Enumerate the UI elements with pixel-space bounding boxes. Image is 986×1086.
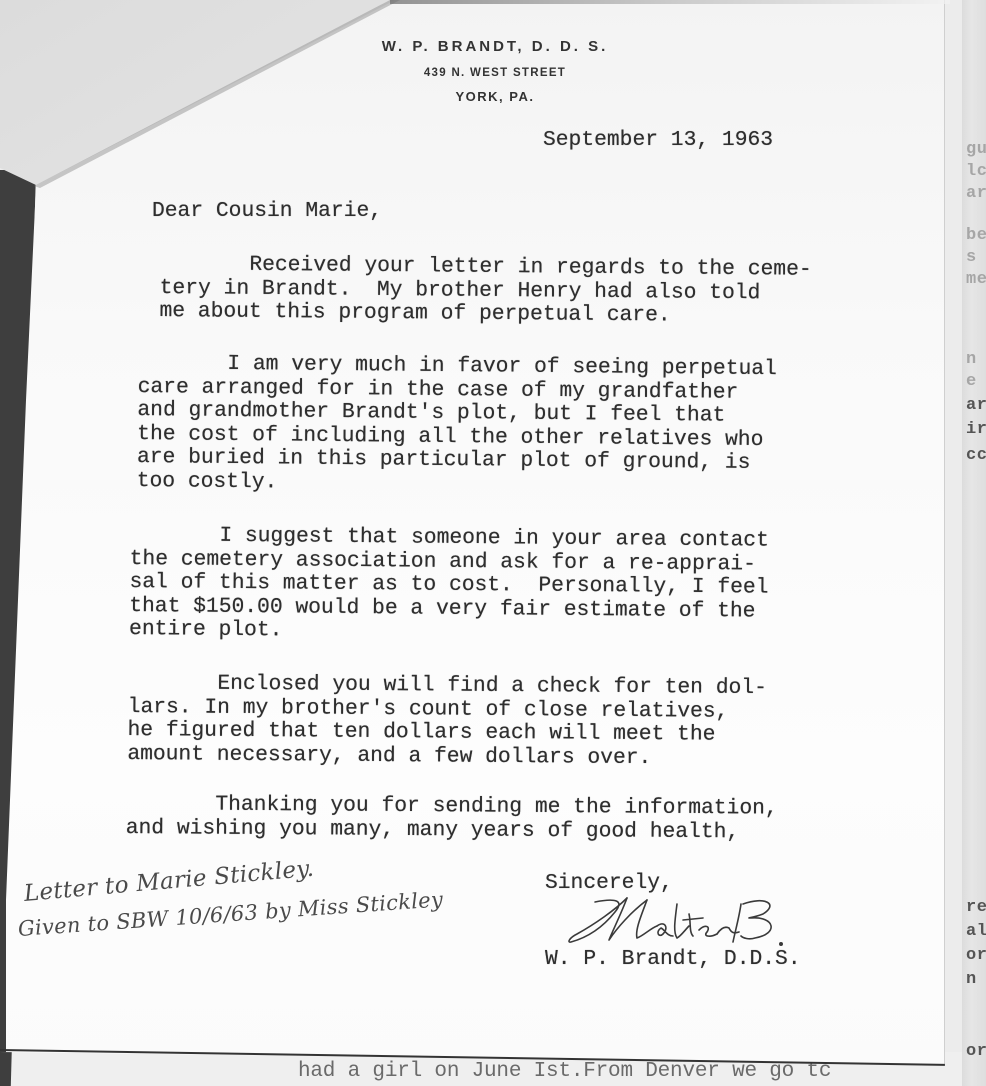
- underlying-page-right-strip: gu lc ar be s me n e ar ir cc re ald or …: [962, 0, 986, 1086]
- salutation: Dear Cousin Marie,: [152, 199, 382, 223]
- paragraph: Received your letter in regards to the c…: [159, 253, 811, 329]
- letter-date: September 13, 1963: [543, 128, 773, 152]
- paragraph: Enclosed you will find a check for ten d…: [127, 672, 767, 771]
- underlying-text-fragment: or: [966, 946, 986, 965]
- handwritten-signature: Walter B.: [565, 890, 825, 950]
- underlying-text-fragment: n c: [966, 970, 986, 989]
- underlying-text-fragment: me: [966, 270, 986, 289]
- underlying-text-fragment: or: [966, 1042, 986, 1061]
- letterhead: W. P. BRANDT, D. D. S. 439 N. WEST STREE…: [300, 36, 690, 108]
- letterhead-street: 439 N. WEST STREET: [300, 62, 690, 84]
- handwritten-note: Letter to Marie Stickley. Given to SBW 1…: [18, 875, 518, 965]
- paragraph: I suggest that someone in your area cont…: [129, 524, 769, 647]
- letter-right-edge: [944, 0, 945, 1066]
- underlying-page-bottom-text: had a girl on June Ist.From Denver we go…: [298, 1060, 831, 1083]
- underlying-text-fragment: s: [966, 248, 977, 267]
- paragraph: Thanking you for sending me the informat…: [126, 793, 778, 845]
- underlying-text-fragment: n: [966, 350, 977, 369]
- underlying-text-fragment: ald: [966, 922, 986, 941]
- underlying-text-fragment: gu: [966, 140, 986, 159]
- underlying-text-fragment: lc: [966, 162, 986, 181]
- underlying-text-fragment: ar: [966, 184, 986, 203]
- underlying-text-fragment: be: [966, 226, 986, 245]
- underlying-text-fragment: re: [966, 898, 986, 917]
- underlying-text-fragment: ir: [966, 420, 986, 439]
- underlying-text-fragment: ar: [966, 396, 986, 415]
- typed-signature: W. P. Brandt, D.D.S.: [545, 947, 801, 971]
- underlying-text-fragment: cc: [966, 446, 986, 465]
- letterhead-city: YORK, PA.: [300, 86, 690, 108]
- top-edge-shadow: [390, 0, 950, 4]
- paragraph: I am very much in favor of seeing perpet…: [137, 352, 777, 499]
- underlying-text-fragment: e: [966, 372, 977, 391]
- paragraph-line: and wishing you many, many years of good…: [126, 816, 778, 844]
- letterhead-name: W. P. BRANDT, D. D. S.: [300, 36, 690, 58]
